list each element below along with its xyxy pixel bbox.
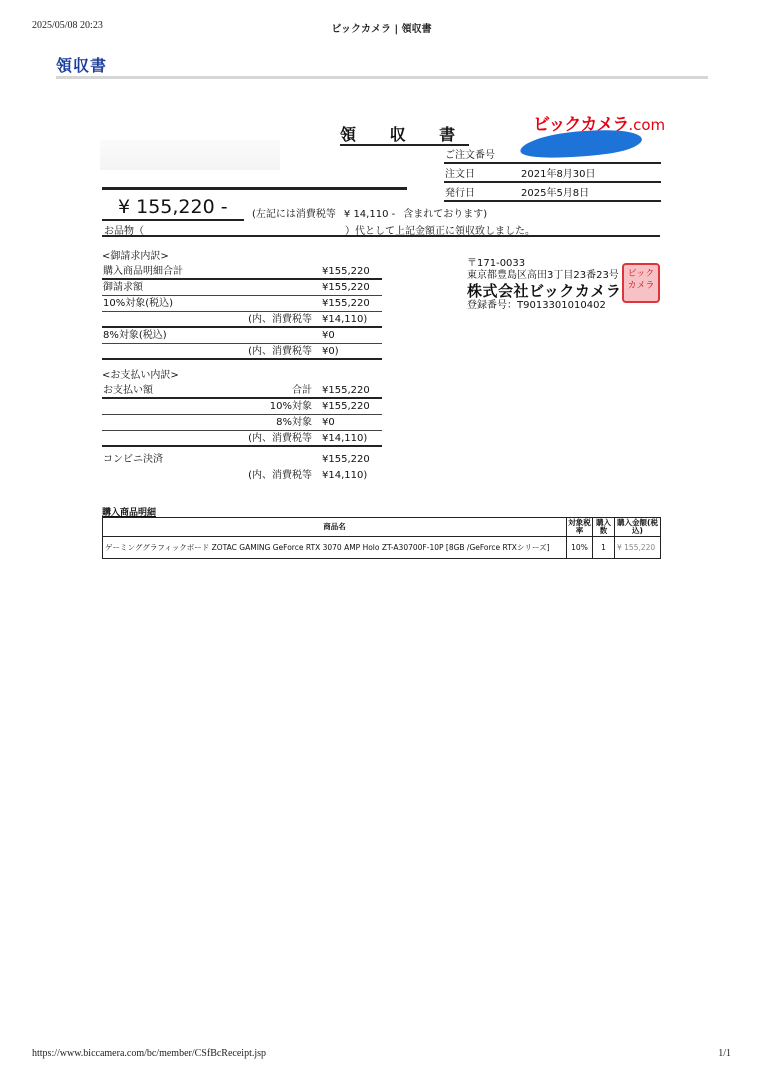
receipt-amount: ¥ 155,220 - xyxy=(102,196,244,221)
billing-breakdown: <御請求内訳> 購入商品明細合計¥155,220 御請求額¥155,220 10… xyxy=(102,250,382,360)
item-quantity: 1 xyxy=(593,537,615,559)
payment-row: 10%対象¥155,220 xyxy=(102,399,382,415)
issue-date-row: 発行日 2025年5月8日 xyxy=(444,182,661,201)
print-page-title: ビックカメラ | 領収書 xyxy=(0,20,763,35)
logo-suffix: .com xyxy=(628,116,665,134)
goods-suffix: ）代として上記金額正に領収致しました。 xyxy=(345,222,535,237)
receipt-title: 領 収 書 xyxy=(340,127,469,146)
store-info: 〒171-0033 東京都豊島区高田3丁目23番23号 株式会社ビックカメラ 登… xyxy=(467,258,621,312)
col-product-name: 商品名 xyxy=(103,518,567,537)
row-value: ¥0 xyxy=(322,328,335,343)
billing-row: (内、消費税等¥0) xyxy=(102,344,382,360)
order-date-row: 注文日 2021年8月30日 xyxy=(444,163,661,182)
order-info-label: ご注文番号 xyxy=(444,145,520,163)
order-info-value: 2025年5月8日 xyxy=(520,182,661,201)
print-url: https://www.biccamera.com/bc/member/CSfB… xyxy=(32,1048,266,1059)
row-value: ¥155,220 xyxy=(322,296,370,311)
payment-breakdown: <お支払い内訳> お支払い額合計¥155,220 10%対象¥155,220 8… xyxy=(102,369,382,447)
row-middle: 10%対象 xyxy=(270,399,312,414)
row-value: ¥155,220 xyxy=(322,399,370,414)
title-divider xyxy=(56,76,708,79)
order-info-value: 2021年8月30日 xyxy=(520,163,661,182)
row-middle: (内、消費税等 xyxy=(248,431,312,446)
col-tax-rate: 対象税率 xyxy=(567,518,593,537)
col-price: 購入金額(税込) xyxy=(615,518,661,537)
print-page-number: 1/1 xyxy=(718,1048,731,1059)
tax-note-suffix: 含まれております) xyxy=(403,209,487,220)
store-registration: 登録番号：T9013301010402 xyxy=(467,300,621,312)
tax-amount: ¥ 14,110 - xyxy=(344,209,395,220)
store-name: 株式会社ビックカメラ xyxy=(467,282,621,300)
goods-line: お品物（ ）代として上記金額正に領収致しました。 xyxy=(102,221,660,237)
billing-header: <御請求内訳> xyxy=(102,250,382,264)
item-tax-rate: 10% xyxy=(567,537,593,559)
recipient-divider xyxy=(102,187,407,190)
item-price: ¥ 155,220 xyxy=(615,537,661,559)
page-title: 領収書 xyxy=(56,53,107,76)
row-label: 10%対象(税込) xyxy=(103,296,173,311)
order-info-label: 発行日 xyxy=(444,182,520,201)
row-middle: (内、消費税等 xyxy=(248,344,312,359)
payment-method-row: コンビニ決済¥155,220 xyxy=(102,452,382,468)
row-label: お支払い額 xyxy=(103,383,153,398)
row-label: 8%対象(税込) xyxy=(103,328,167,343)
item-name: ゲーミンググラフィックボード ZOTAC GAMING GeForce RTX … xyxy=(103,537,567,559)
row-value: ¥155,220 xyxy=(322,264,370,279)
row-middle: 8%対象 xyxy=(276,415,312,430)
row-middle: (内、消費税等 xyxy=(248,468,312,483)
payment-row: (内、消費税等¥14,110) xyxy=(102,431,382,447)
payment-row: お支払い額合計¥155,220 xyxy=(102,383,382,399)
table-row: ゲーミンググラフィックボード ZOTAC GAMING GeForce RTX … xyxy=(103,537,661,559)
row-value: ¥14,110) xyxy=(322,431,367,446)
row-value: ¥0 xyxy=(322,415,335,430)
billing-row: 購入商品明細合計¥155,220 xyxy=(102,264,382,280)
payment-method-label: コンビニ決済 xyxy=(103,452,163,467)
purchase-details-table: 商品名 対象税率 購入数 購入金額(税込) ゲーミンググラフィックボード ZOT… xyxy=(102,517,661,559)
payment-method-tax: ¥14,110) xyxy=(322,468,367,483)
row-label: 購入商品明細合計 xyxy=(103,264,183,279)
order-info-label: 注文日 xyxy=(444,163,520,182)
blurred-recipient xyxy=(100,140,280,170)
row-label: 御請求額 xyxy=(103,280,143,295)
company-seal-stamp: ビック カメラ xyxy=(622,263,660,303)
tax-note: (左記には消費税等¥ 14,110 -含まれております) xyxy=(252,205,487,220)
store-address: 東京都豊島区高田3丁目23番23号 xyxy=(467,270,621,282)
tax-note-prefix: (左記には消費税等 xyxy=(252,209,336,220)
row-middle: 合計 xyxy=(292,383,312,398)
table-header-row: 商品名 対象税率 購入数 購入金額(税込) xyxy=(103,518,661,537)
billing-row: 御請求額¥155,220 xyxy=(102,280,382,296)
row-value: ¥0) xyxy=(322,344,339,359)
payment-method: コンビニ決済¥155,220 (内、消費税等¥14,110) xyxy=(102,452,382,484)
col-quantity: 購入数 xyxy=(593,518,615,537)
payment-header: <お支払い内訳> xyxy=(102,369,382,383)
row-value: ¥14,110) xyxy=(322,312,367,327)
store-postal: 〒171-0033 xyxy=(467,258,621,270)
billing-row: 10%対象(税込)¥155,220 xyxy=(102,296,382,312)
goods-prefix: お品物（ xyxy=(104,222,144,237)
row-value: ¥155,220 xyxy=(322,280,370,295)
row-value: ¥155,220 xyxy=(322,383,370,398)
payment-row: 8%対象¥0 xyxy=(102,415,382,431)
payment-method-value: ¥155,220 xyxy=(322,452,370,467)
row-middle: (内、消費税等 xyxy=(248,312,312,327)
billing-row: (内、消費税等¥14,110) xyxy=(102,312,382,328)
payment-method-tax-row: (内、消費税等¥14,110) xyxy=(102,468,382,484)
billing-row: 8%対象(税込)¥0 xyxy=(102,328,382,344)
